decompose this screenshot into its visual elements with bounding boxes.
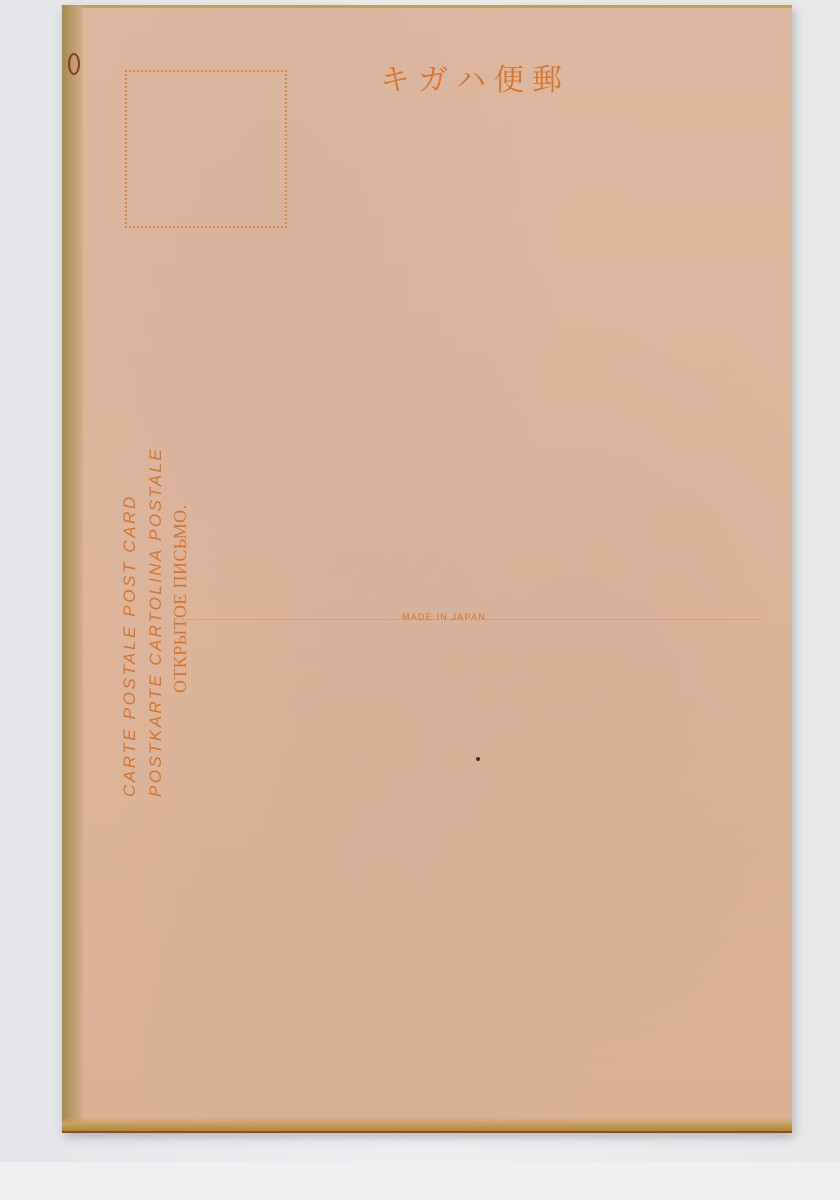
side-text-line-3: ОТКРЫТОЕ ПИСЬМО. (170, 505, 191, 693)
ink-speck (476, 757, 480, 761)
side-text-line-1: CARTE POSTALE POST CARD (120, 494, 140, 797)
background-bottom-strip (0, 1162, 840, 1200)
postcard-left-edge-discoloration (62, 5, 84, 1133)
made-in-japan-label: MADE IN JAPAN (396, 612, 492, 622)
stain-mark (68, 53, 80, 75)
postcard-header-japanese: 郵便ハガキ (360, 55, 590, 95)
side-text-line-2: POSTKARTE CARTOLINA POSTALE (146, 447, 166, 797)
postcard-top-edge (62, 5, 792, 8)
stamp-box (125, 70, 287, 228)
postcard-bottom-edge-discoloration (62, 1117, 792, 1133)
postcard: 郵便ハガキ CARTE POSTALE POST CARD POSTKARTE … (62, 5, 792, 1133)
